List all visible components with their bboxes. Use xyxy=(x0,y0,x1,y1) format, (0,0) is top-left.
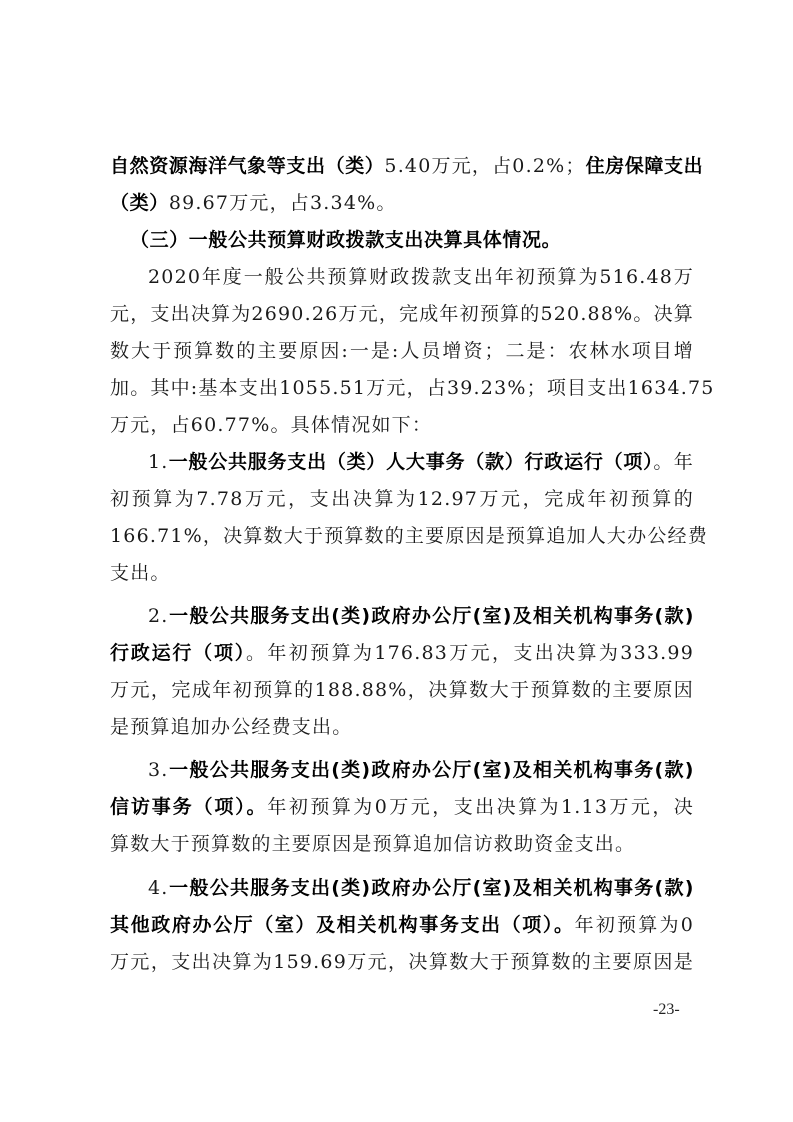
body-text: 加。其中:基本支出1055.51万元，占39.23%；项目支出1634.75 xyxy=(110,377,715,399)
body-text: 。年 xyxy=(653,451,694,473)
body-text: 5.40万元，占0.2%； xyxy=(384,155,585,177)
text-line: 166.71%，决算数大于预算数的主要原因是预算追加人大办公经费 xyxy=(110,518,694,555)
section-heading: （三）一般公共预算财政拨款支出决算具体情况。 xyxy=(110,222,694,259)
item-number: 4. xyxy=(148,877,169,899)
bold-text: 一般公共服务支出(类)政府办公厅(室)及相关机构事务(款) xyxy=(169,877,694,899)
body-text: 年初预算为0万元，支出决算为1.13万元，决 xyxy=(267,796,694,818)
body-text: 支出。 xyxy=(110,562,171,584)
body-text: 万元，完成年初预算的188.88%，决算数大于预算数的主要原因 xyxy=(110,679,694,701)
body-text: 166.71%，决算数大于预算数的主要原因是预算追加人大办公经费 xyxy=(110,525,708,547)
item-heading-1: 1.一般公共服务支出（类）人大事务（款）行政运行（项）。年 xyxy=(110,444,694,481)
text-line: 万元，支出决算为159.69万元，决算数大于预算数的主要原因是 xyxy=(110,944,694,981)
item-heading-4: 4.一般公共服务支出(类)政府办公厅(室)及相关机构事务(款) xyxy=(110,870,694,907)
text-line: 数大于预算数的主要原因:一是:人员增资；二是：农林水项目增 xyxy=(110,333,694,370)
body-text: 初预算为7.78万元，支出决算为12.97万元，完成年初预算的 xyxy=(110,488,694,510)
item-heading-3: 3.一般公共服务支出(类)政府办公厅(室)及相关机构事务(款) xyxy=(110,752,694,789)
item-number: 2. xyxy=(148,605,169,627)
body-text: 万元，占60.77%。具体情况如下： xyxy=(110,414,432,436)
body-text: 算数大于预算数的主要原因是预算追加信访救助资金支出。 xyxy=(110,833,635,855)
heading-text: （三）一般公共预算财政拨款支出决算具体情况。 xyxy=(130,229,561,251)
body-text: 年初预算为0 xyxy=(575,914,694,936)
body-text: 数大于预算数的主要原因:一是:人员增资；二是：农林水项目增 xyxy=(110,340,694,362)
item-number: 3. xyxy=(148,759,169,781)
item-heading-2: 2.一般公共服务支出(类)政府办公厅(室)及相关机构事务(款) xyxy=(110,598,694,635)
text-line: 万元，占60.77%。具体情况如下： xyxy=(110,407,694,444)
bold-text: 一般公共服务支出(类)政府办公厅(室)及相关机构事务(款) xyxy=(169,605,694,627)
bold-text: 自然资源海洋气象等支出（类） xyxy=(110,155,384,177)
text-line: 算数大于预算数的主要原因是预算追加信访救助资金支出。 xyxy=(110,826,694,863)
text-line: 自然资源海洋气象等支出（类）5.40万元，占0.2%；住房保障支出 xyxy=(110,148,694,185)
body-text: 2020年度一般公共预算财政拨款支出年初预算为516.48万 xyxy=(148,266,694,288)
body-text: 89.67万元，占3.34%。 xyxy=(169,192,397,214)
bold-text: 信访事务（项）。 xyxy=(110,796,267,818)
bold-text: 住房保障支出 xyxy=(586,155,704,177)
body-text: 万元，支出决算为159.69万元，决算数大于预算数的主要原因是 xyxy=(110,951,694,973)
bold-text: 一般公共服务支出(类)政府办公厅(室)及相关机构事务(款) xyxy=(169,759,694,781)
bold-text: （类） xyxy=(110,192,169,214)
text-line: 是预算追加办公经费支出。 xyxy=(110,709,694,746)
text-line: 支出。 xyxy=(110,555,694,592)
text-line: 其他政府办公厅（室）及相关机构事务支出（项）。年初预算为0 xyxy=(110,907,694,944)
bold-text: 一般公共服务支出（类）人大事务（款）行政运行（项） xyxy=(169,451,654,473)
item-number: 1. xyxy=(148,451,169,473)
bold-text: 其他政府办公厅（室）及相关机构事务支出（项）。 xyxy=(110,914,575,936)
text-line: 2020年度一般公共预算财政拨款支出年初预算为516.48万 xyxy=(110,259,694,296)
text-line: 万元，完成年初预算的188.88%，决算数大于预算数的主要原因 xyxy=(110,672,694,709)
bold-text: 行政运行（项） xyxy=(110,642,246,664)
text-line: 元，支出决算为2690.26万元，完成年初预算的520.88%。决算 xyxy=(110,296,694,333)
text-line: 信访事务（项）。年初预算为0万元，支出决算为1.13万元，决 xyxy=(110,789,694,826)
text-line: 初预算为7.78万元，支出决算为12.97万元，完成年初预算的 xyxy=(110,481,694,518)
body-text: 。年初预算为176.83万元，支出决算为333.99 xyxy=(246,642,694,664)
text-line: 行政运行（项）。年初预算为176.83万元，支出决算为333.99 xyxy=(110,635,694,672)
body-text: 元，支出决算为2690.26万元，完成年初预算的520.88%。决算 xyxy=(110,303,694,325)
text-line: 加。其中:基本支出1055.51万元，占39.23%；项目支出1634.75 xyxy=(110,370,694,407)
body-text: 是预算追加办公经费支出。 xyxy=(110,716,352,738)
text-line: （类）89.67万元，占3.34%。 xyxy=(110,185,694,222)
page-number: -23- xyxy=(653,1001,680,1019)
